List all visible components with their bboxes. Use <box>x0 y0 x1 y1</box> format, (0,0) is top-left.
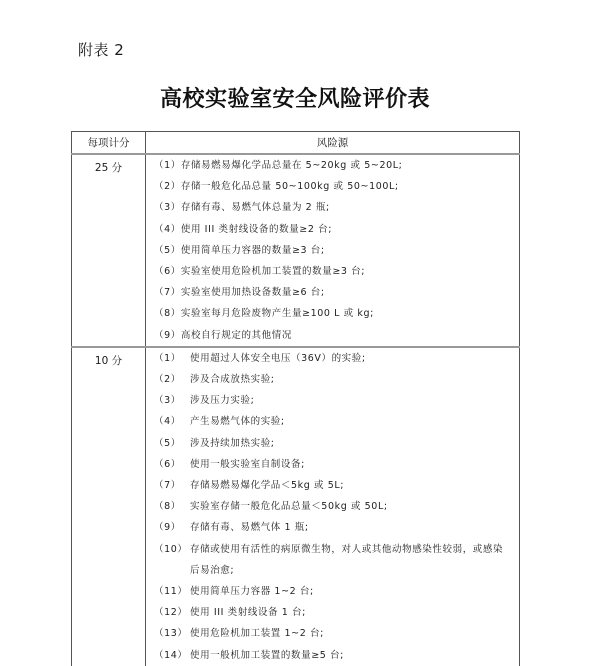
list-item: （5）涉及持续加热实验; <box>154 433 519 454</box>
list-item: （5）使用简单压力容器的数量≥3 台; <box>154 240 519 261</box>
list-item: （7）存储易燃易爆化学品＜5kg 或 5L; <box>154 475 519 496</box>
list-item: （1）存储易燃易爆化学品总量在 5~20kg 或 5~20L; <box>154 155 519 176</box>
item-text: 存储易燃易爆化学品＜5kg 或 5L; <box>190 475 519 496</box>
item-number: （10） <box>154 539 190 581</box>
list-item: （12）使用 III 类射线设备 1 台; <box>154 602 519 623</box>
item-text: 涉及压力实验; <box>190 390 519 411</box>
item-number: （7） <box>154 282 181 303</box>
risk-source-cell: （1）存储易燃易爆化学品总量在 5~20kg 或 5~20L; （2）存储一般危… <box>146 154 520 347</box>
risk-item-list: （1）存储易燃易爆化学品总量在 5~20kg 或 5~20L; （2）存储一般危… <box>146 155 519 346</box>
score-cell: 10 分 <box>72 347 146 666</box>
list-item: （9）存储有毒、易燃气体 1 瓶; <box>154 517 519 538</box>
item-number: （4） <box>154 411 190 432</box>
item-number: （8） <box>154 303 181 324</box>
table-row-10-points: 10 分 （1）使用超过人体安全电压（36V）的实验; （2）涉及合成放热实验;… <box>72 347 520 666</box>
header-score: 每项计分 <box>72 132 146 155</box>
item-text: 实验室使用危险机加工装置的数量≥3 台; <box>181 261 519 282</box>
item-number: （14） <box>154 645 190 666</box>
item-text: 使用一般机加工装置的数量≥5 台; <box>190 645 519 666</box>
item-number: （7） <box>154 475 190 496</box>
risk-source-cell: （1）使用超过人体安全电压（36V）的实验; （2）涉及合成放热实验; （3）涉… <box>146 347 520 666</box>
item-number: （8） <box>154 496 190 517</box>
item-text: 产生易燃气体的实验; <box>190 411 519 432</box>
item-text: 高校自行规定的其他情况 <box>181 325 519 346</box>
list-item: （14）使用一般机加工装置的数量≥5 台; <box>154 645 519 666</box>
item-number: （5） <box>154 433 190 454</box>
list-item: （3）存储有毒、易燃气体总量为 2 瓶; <box>154 197 519 218</box>
item-number: （11） <box>154 581 190 602</box>
item-text: 实验室存储一般危化品总量＜50kg 或 50L; <box>190 496 519 517</box>
item-number: （1） <box>154 348 190 369</box>
item-number: （1） <box>154 155 181 176</box>
item-number: （6） <box>154 261 181 282</box>
item-number: （6） <box>154 454 190 475</box>
item-text: 使用简单压力容器的数量≥3 台; <box>181 240 519 261</box>
item-text: 存储或使用有活性的病原微生物，对人或其他动物感染性较弱，或感染后易治愈; <box>190 539 519 581</box>
appendix-label: 附表 2 <box>78 40 124 60</box>
item-number: （2） <box>154 176 181 197</box>
page-title: 高校实验室安全风险评价表 <box>0 84 590 114</box>
item-text: 实验室每月危险废物产生量≥100 L 或 kg; <box>181 303 519 324</box>
list-item: （2）存储一般危化品总量 50~100kg 或 50~100L; <box>154 176 519 197</box>
item-number: （3） <box>154 197 181 218</box>
item-number: （5） <box>154 240 181 261</box>
item-text: 存储一般危化品总量 50~100kg 或 50~100L; <box>181 176 519 197</box>
item-text: 使用简单压力容器 1~2 台; <box>190 581 519 602</box>
list-item: （4）使用 III 类射线设备的数量≥2 台; <box>154 219 519 240</box>
list-item: （1）使用超过人体安全电压（36V）的实验; <box>154 348 519 369</box>
table-row-25-points: 25 分 （1）存储易燃易爆化学品总量在 5~20kg 或 5~20L; （2）… <box>72 154 520 347</box>
item-text: 使用超过人体安全电压（36V）的实验; <box>190 348 519 369</box>
item-number: （13） <box>154 623 190 644</box>
list-item: （3）涉及压力实验; <box>154 390 519 411</box>
item-text: 使用危险机加工装置 1~2 台; <box>190 623 519 644</box>
item-text: 存储易燃易爆化学品总量在 5~20kg 或 5~20L; <box>181 155 519 176</box>
header-risk-source: 风险源 <box>146 132 520 155</box>
table-header-row: 每项计分 风险源 <box>72 132 520 155</box>
list-item: （9）高校自行规定的其他情况 <box>154 325 519 346</box>
list-item: （4）产生易燃气体的实验; <box>154 411 519 432</box>
list-item: （11）使用简单压力容器 1~2 台; <box>154 581 519 602</box>
item-text: 存储有毒、易燃气体总量为 2 瓶; <box>181 197 519 218</box>
item-number: （2） <box>154 369 190 390</box>
item-text: 涉及合成放热实验; <box>190 369 519 390</box>
list-item: （6）实验室使用危险机加工装置的数量≥3 台; <box>154 261 519 282</box>
item-text: 存储有毒、易燃气体 1 瓶; <box>190 517 519 538</box>
item-number: （9） <box>154 517 190 538</box>
list-item: （8）实验室存储一般危化品总量＜50kg 或 50L; <box>154 496 519 517</box>
item-number: （9） <box>154 325 181 346</box>
risk-item-list: （1）使用超过人体安全电压（36V）的实验; （2）涉及合成放热实验; （3）涉… <box>146 348 519 666</box>
item-number: （3） <box>154 390 190 411</box>
item-text: 实验室使用加热设备数量≥6 台; <box>181 282 519 303</box>
list-item: （8）实验室每月危险废物产生量≥100 L 或 kg; <box>154 303 519 324</box>
item-number: （12） <box>154 602 190 623</box>
score-cell: 25 分 <box>72 154 146 347</box>
risk-evaluation-table: 每项计分 风险源 25 分 （1）存储易燃易爆化学品总量在 5~20kg 或 5… <box>71 131 520 666</box>
item-text: 使用 III 类射线设备的数量≥2 台; <box>181 219 519 240</box>
list-item: （10）存储或使用有活性的病原微生物，对人或其他动物感染性较弱，或感染后易治愈; <box>154 539 519 581</box>
list-item: （13）使用危险机加工装置 1~2 台; <box>154 623 519 644</box>
item-number: （4） <box>154 219 181 240</box>
item-text: 涉及持续加热实验; <box>190 433 519 454</box>
item-text: 使用 III 类射线设备 1 台; <box>190 602 519 623</box>
list-item: （2）涉及合成放热实验; <box>154 369 519 390</box>
list-item: （7）实验室使用加热设备数量≥6 台; <box>154 282 519 303</box>
item-text: 使用一般实验室自制设备; <box>190 454 519 475</box>
list-item: （6）使用一般实验室自制设备; <box>154 454 519 475</box>
